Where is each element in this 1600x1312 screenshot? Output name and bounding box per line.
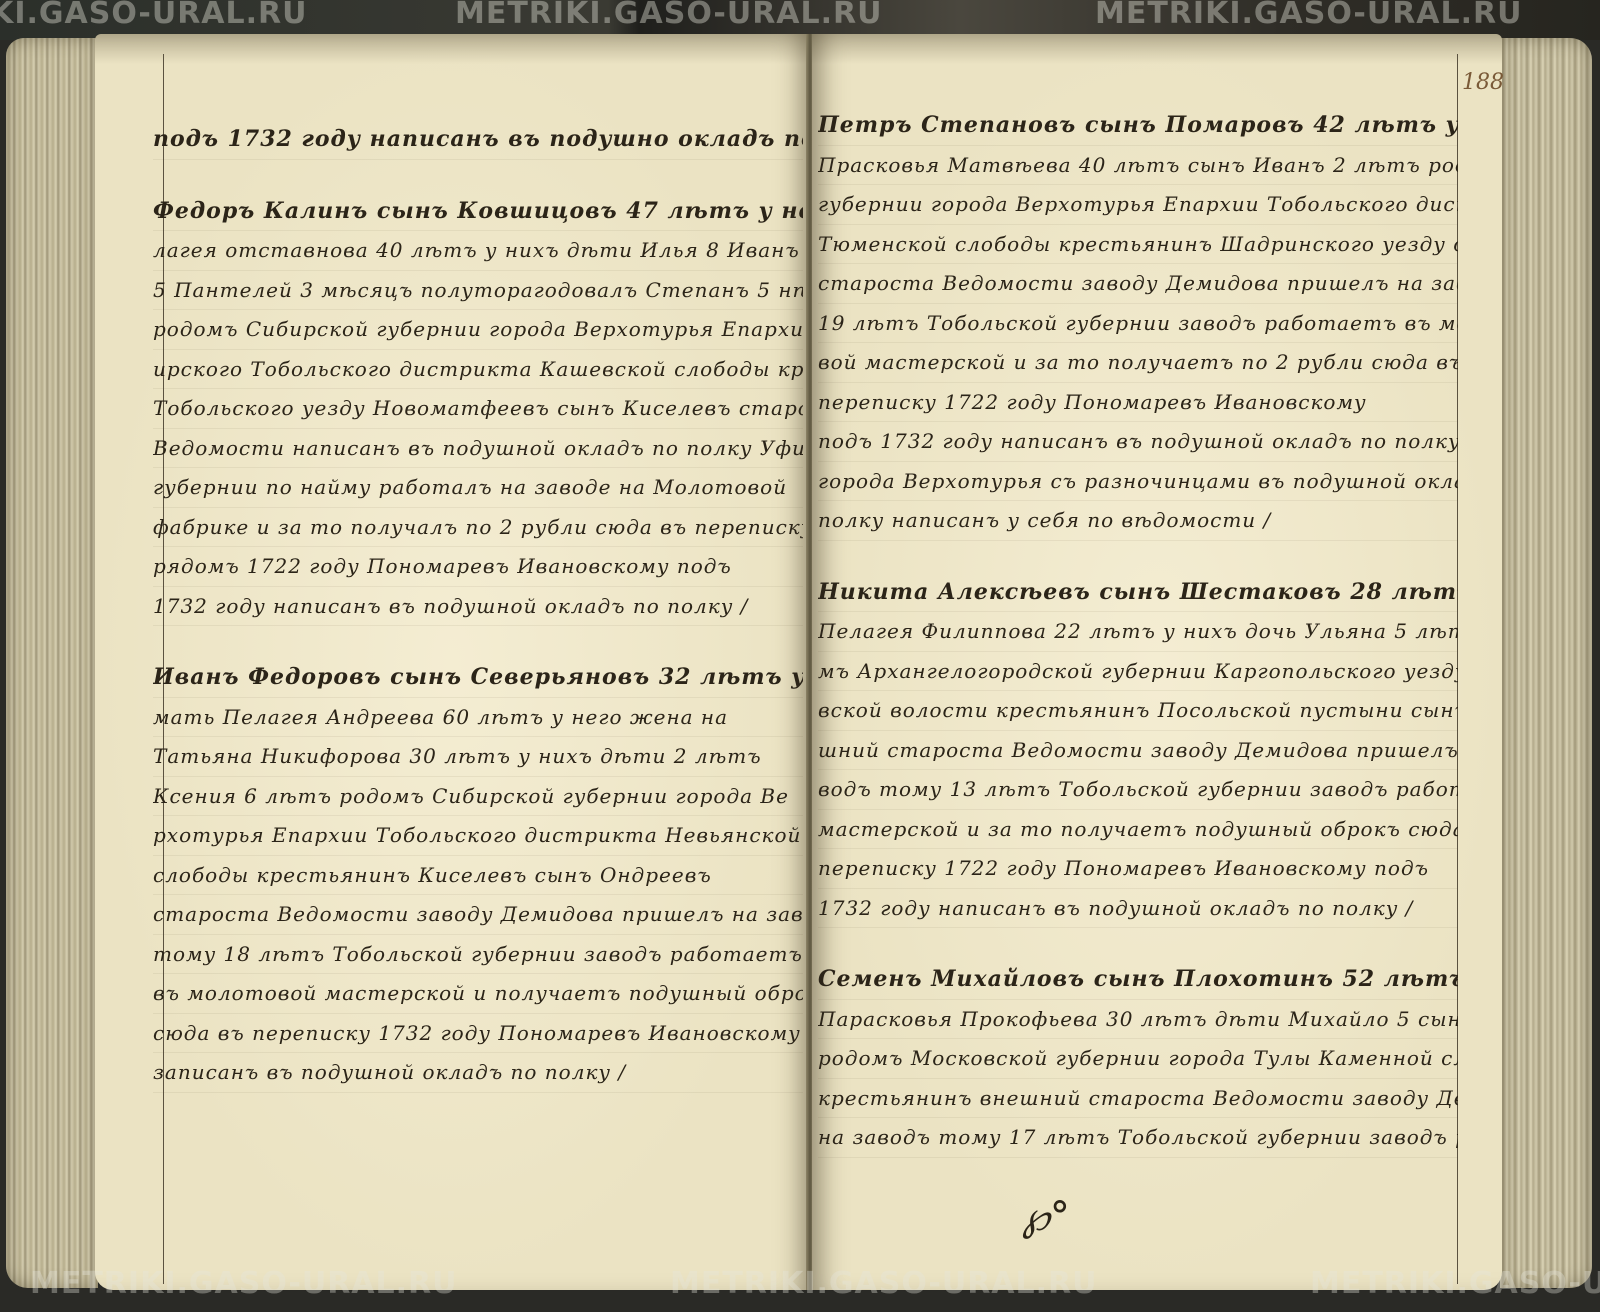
handwritten-line: записанъ въ подушной окладъ по полку / xyxy=(153,1053,803,1093)
handwritten-line: тому 18 лѣтъ Тобольской губернии заводъ … xyxy=(153,935,803,975)
handwritten-line: ирского Тобольского дистрикта Кашевской … xyxy=(153,350,803,390)
handwritten-line: слободы крестьянинъ Киселевъ сынъ Ондрее… xyxy=(153,856,803,896)
handwritten-line: староста Ведомости заводу Демидова прише… xyxy=(153,895,803,935)
handwritten-line: Тюменской слободы крестьянинъ Шадринског… xyxy=(818,225,1458,265)
closing-flourish: ℘° xyxy=(1022,1194,1070,1240)
handwritten-line: на заводъ тому 17 лѣтъ Тобольской губерн… xyxy=(818,1118,1458,1158)
open-book: подъ 1732 году написанъ въ подушно оклад… xyxy=(0,28,1600,1312)
handwritten-line: мать Пелагея Андреева 60 лѣтъ у него жен… xyxy=(153,698,803,738)
handwritten-line: подъ 1732 году написанъ въ подушной окла… xyxy=(818,422,1458,462)
handwritten-line: губернии города Верхотурья Епархии Тобол… xyxy=(818,185,1458,225)
page-edges-left xyxy=(6,38,98,1288)
handwritten-line: 5 Пантелей 3 мѣсяцъ полуторагодовалъ Сте… xyxy=(153,271,803,311)
handwritten-line: Иванъ Федоровъ сынъ Северьяновъ 32 лѣтъ … xyxy=(153,658,803,698)
handwritten-line: города Верхотурья съ разночинцами въ под… xyxy=(818,462,1458,502)
handwritten-line: родомъ Сибирской губернии города Верхоту… xyxy=(153,310,803,350)
handwritten-line: Тобольского уезду Новоматфеевъ сынъ Кисе… xyxy=(153,389,803,429)
handwritten-line: Татьяна Никифорова 30 лѣтъ у нихъ дѣти 2… xyxy=(153,737,803,777)
handwritten-line: мастерской и за то получаетъ подушный об… xyxy=(818,810,1458,850)
handwritten-line: переписку 1722 году Пономаревъ Ивановско… xyxy=(818,383,1458,423)
handwritten-line: рядомъ 1722 году Пономаревъ Ивановскому … xyxy=(153,547,803,587)
handwritten-line: губернии по найму работалъ на заводе на … xyxy=(153,468,803,508)
handwritten-line: водъ тому 13 лѣтъ Тобольской губернии за… xyxy=(818,770,1458,810)
handwritten-line: крестьянинъ внешний староста Ведомости з… xyxy=(818,1079,1458,1119)
handwritten-line: подъ 1732 году написанъ въ подушно оклад… xyxy=(153,120,803,160)
handwritten-line: въ молотовой мастерской и получаетъ поду… xyxy=(153,974,803,1014)
entry-separator xyxy=(153,160,803,192)
page-number: 188 xyxy=(1462,70,1504,95)
entry-separator xyxy=(818,541,1458,573)
handwritten-line: Парасковья Прокофьева 30 лѣтъ дѣти Михай… xyxy=(818,1000,1458,1040)
handwritten-line: Семенъ Михайловъ сынъ Плохотинъ 52 лѣтъ … xyxy=(818,960,1458,1000)
handwritten-line: Ксения 6 лѣтъ родомъ Сибирской губернии … xyxy=(153,777,803,817)
entry-separator xyxy=(818,928,1458,960)
handwritten-line: рхотурья Епархии Тобольского дистрикта Н… xyxy=(153,816,803,856)
handwritten-line: 19 лѣтъ Тобольской губернии заводъ работ… xyxy=(818,304,1458,344)
handwritten-line: Петръ Степановъ сынъ Помаровъ 42 лѣтъ у … xyxy=(818,106,1458,146)
handwritten-line: Ведомости написанъ въ подушной окладъ по… xyxy=(153,429,803,469)
handwritten-line: Никита Алексѣевъ сынъ Шестаковъ 28 лѣтъ … xyxy=(818,573,1458,613)
handwritten-line: Федоръ Калинъ сынъ Ковшицовъ 47 лѣтъ у н… xyxy=(153,192,803,232)
entry-separator xyxy=(153,626,803,658)
page-edges-right xyxy=(1500,38,1592,1288)
handwritten-line: вской волости крестьянинъ Посольской пус… xyxy=(818,691,1458,731)
handwritten-line: шний староста Ведомости заводу Демидова … xyxy=(818,731,1458,771)
handwritten-line: 1732 году написанъ въ подушной окладъ по… xyxy=(153,587,803,627)
handwritten-line: Пелагея Филиппова 22 лѣтъ у нихъ дочь Ул… xyxy=(818,612,1458,652)
left-page: подъ 1732 году написанъ въ подушно оклад… xyxy=(95,34,810,1290)
handwritten-line: сюда въ переписку 1732 году Пономаревъ И… xyxy=(153,1014,803,1054)
handwritten-line: родомъ Московской губернии города Тулы К… xyxy=(818,1039,1458,1079)
handwritten-line: Прасковья Матвѣева 40 лѣтъ сынъ Иванъ 2 … xyxy=(818,146,1458,186)
handwritten-line: лагея отставнова 40 лѣтъ у нихъ дѣти Иль… xyxy=(153,231,803,271)
handwritten-line: староста Ведомости заводу Демидова прише… xyxy=(818,264,1458,304)
left-page-text: подъ 1732 году написанъ въ подушно оклад… xyxy=(153,120,803,1093)
handwritten-line: 1732 году написанъ въ подушной окладъ по… xyxy=(818,889,1458,929)
right-page: 188 Петръ Степановъ сынъ Помаровъ 42 лѣт… xyxy=(812,34,1502,1290)
handwritten-line: переписку 1722 году Пономаревъ Ивановско… xyxy=(818,849,1458,889)
handwritten-line: полку написанъ у себя по вѣдомости / xyxy=(818,501,1458,541)
handwritten-line: мъ Архангелогородской губернии Каргополь… xyxy=(818,652,1458,692)
handwritten-line: вой мастерской и за то получаетъ по 2 ру… xyxy=(818,343,1458,383)
right-page-text: Петръ Степановъ сынъ Помаровъ 42 лѣтъ у … xyxy=(818,106,1458,1158)
handwritten-line: фабрике и за то получалъ по 2 рубли сюда… xyxy=(153,508,803,548)
